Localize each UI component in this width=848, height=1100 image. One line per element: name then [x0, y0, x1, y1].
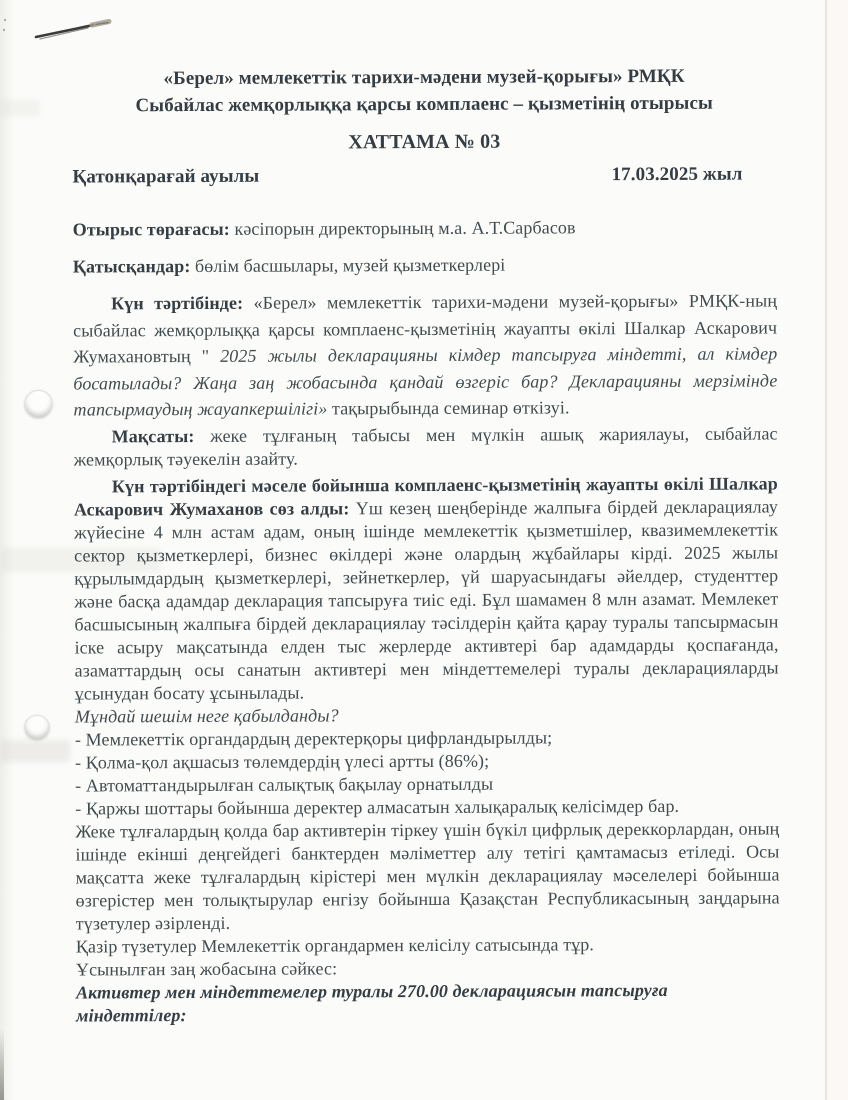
participants-label: Қатысқандар:: [73, 256, 191, 277]
scanned-document-page: «Берел» мемлекеттік тарихи-мәдени музей-…: [0, 0, 848, 1100]
org-title-line2: Сыбайлас жемқорлыққа қарсы комплаенс – қ…: [72, 89, 776, 119]
scan-bottom-left-edge: [0, 1028, 4, 1100]
rhetorical-question: Мұндай шешім неге қабылданды?: [75, 702, 779, 728]
purpose-paragraph: Мақсаты: жеке тұлғаның табысы мен мүлкін…: [74, 422, 778, 471]
bullet-item: - Қаржы шоттары бойынша деректер алмасат…: [75, 794, 779, 820]
participants-line: Қатысқандар: бөлім басшылары, музей қызм…: [73, 250, 777, 280]
agenda-label: Күн тәртібінде:: [111, 293, 243, 314]
status-paragraph: Қазір түзетулер Мемлекеттік органдармен …: [76, 932, 780, 958]
document-content: «Берел» мемлекеттік тарихи-мәдени музей-…: [72, 62, 780, 1028]
hole-punch: [24, 715, 50, 741]
place-name: Қатонқарағай ауылы: [72, 163, 259, 191]
document-date: 17.03.2025 жыл: [612, 161, 743, 189]
scan-artifact-band: [0, 100, 40, 116]
chairman-line: Отырыс төрағасы: кәсіпорын директорының …: [73, 213, 777, 243]
pen-mark: [0, 0, 130, 50]
protocol-title: ХАТТАМА № 03: [72, 126, 776, 157]
scan-artifact-band: [0, 740, 70, 762]
bullet-item: - Мемлекеттік органдардың деректерқоры ц…: [75, 725, 779, 751]
lawdraft-paragraph: Ұсынылған заң жобасына сәйкес:: [76, 955, 780, 981]
obligated-heading-line1: Активтер мен міндеттемелер туралы 270.00…: [76, 978, 780, 1005]
chairman-label: Отырыс төрағасы:: [73, 219, 230, 240]
agenda-paragraph: Күн тәртібінде: «Берел» мемлекеттік тари…: [73, 287, 778, 423]
bullet-item: - Қолма-қол ақшасыз төлемдердің үлесі ар…: [75, 748, 779, 774]
scan-paper-edge-line: [825, 0, 827, 1100]
participants-value: бөлім басшылары, музей қызметкерлері: [190, 255, 505, 276]
hole-punch: [24, 390, 53, 419]
bullet-item: - Автоматтандырылған салықтық бақылау ор…: [75, 771, 779, 797]
speech-text: Үш кезең шеңберінде жалпыға бірдей декла…: [74, 496, 779, 703]
place-date-row: Қатонқарағай ауылы 17.03.2025 жыл: [72, 160, 776, 190]
purpose-label: Мақсаты:: [112, 426, 195, 446]
chairman-value: кәсіпорын директорының м.а. А.Т.Сарбасов: [230, 217, 576, 239]
speech-paragraph: Күн тәртібіндегі мәселе бойынша комплаен…: [74, 472, 779, 705]
org-title-line1: «Берел» мемлекеттік тарихи-мәдени музей-…: [72, 62, 776, 92]
digitalization-paragraph: Жеке тұлғалардың қолда бар активтерін ті…: [75, 817, 779, 935]
obligated-heading-line2: міндеттілер:: [76, 1001, 780, 1028]
agenda-tail: тақырыбында семинар өткізуі.: [327, 397, 569, 418]
scan-right-edge-strip: [827, 0, 848, 1100]
